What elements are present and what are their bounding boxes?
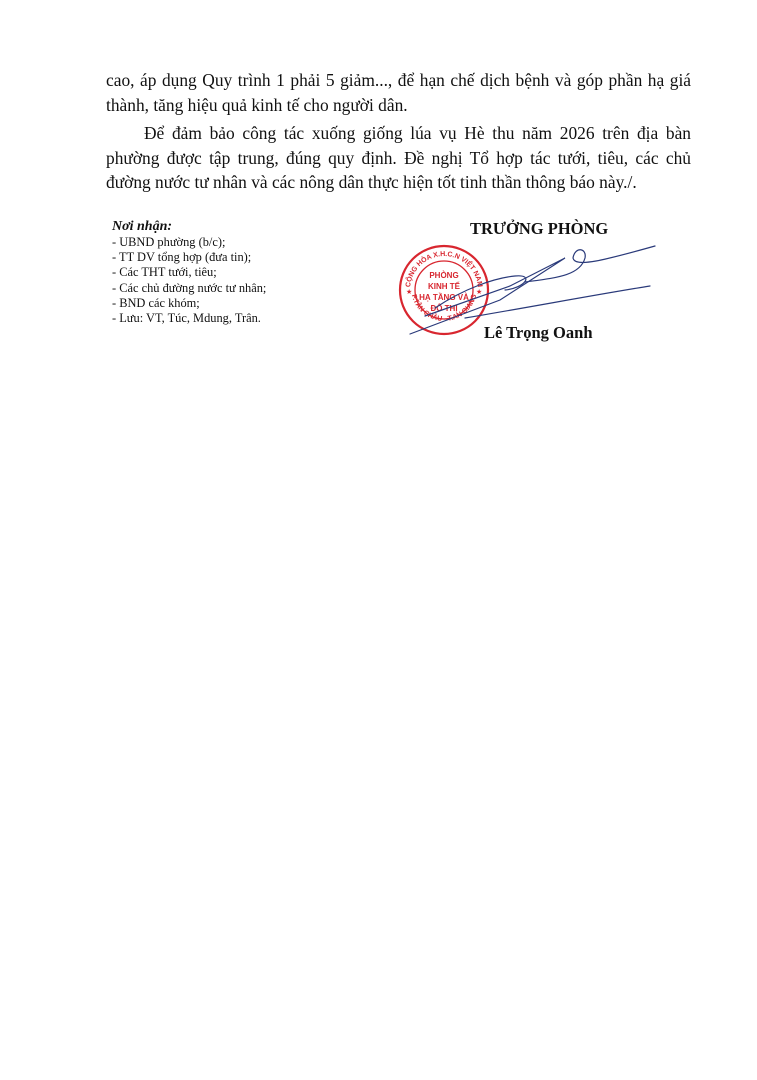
recipient-item: - TT DV tổng hợp (đưa tin); (112, 250, 266, 265)
paragraph-2: Để đảm bảo công tác xuống giống lúa vụ H… (106, 121, 691, 195)
paragraph-1: cao, áp dụng Quy trình 1 phải 5 giảm...,… (106, 68, 691, 117)
signer-name: Lê Trọng Oanh (484, 323, 593, 343)
paragraph-line: cao, áp dụng Quy trình 1 phải 5 giảm...,… (106, 68, 691, 93)
document-page: cao, áp dụng Quy trình 1 phải 5 giảm...,… (0, 0, 757, 1080)
recipient-item: - Các chủ đường nước tư nhân; (112, 281, 266, 296)
paragraph-line: Để đảm bảo công tác xuống giống lúa vụ H… (106, 121, 691, 146)
paragraph-line: đường nước tư nhân và các nông dân thực … (106, 170, 691, 195)
recipient-item: - BND các khóm; (112, 296, 266, 311)
recipients-header: Nơi nhận: (112, 219, 266, 235)
signer-title: TRƯỞNG PHÒNG (470, 219, 608, 239)
paragraph-line: thành, tăng hiệu quả kinh tế cho người d… (106, 93, 691, 118)
recipient-item: - Các THT tưới, tiêu; (112, 265, 266, 280)
recipients-block: Nơi nhận: - UBND phường (b/c); - TT DV t… (112, 219, 266, 326)
paragraph-line: phường được tập trung, đúng quy định. Đề… (106, 146, 691, 171)
recipient-item: - Lưu: VT, Túc, Mdung, Trân. (112, 311, 266, 326)
recipient-item: - UBND phường (b/c); (112, 235, 266, 250)
